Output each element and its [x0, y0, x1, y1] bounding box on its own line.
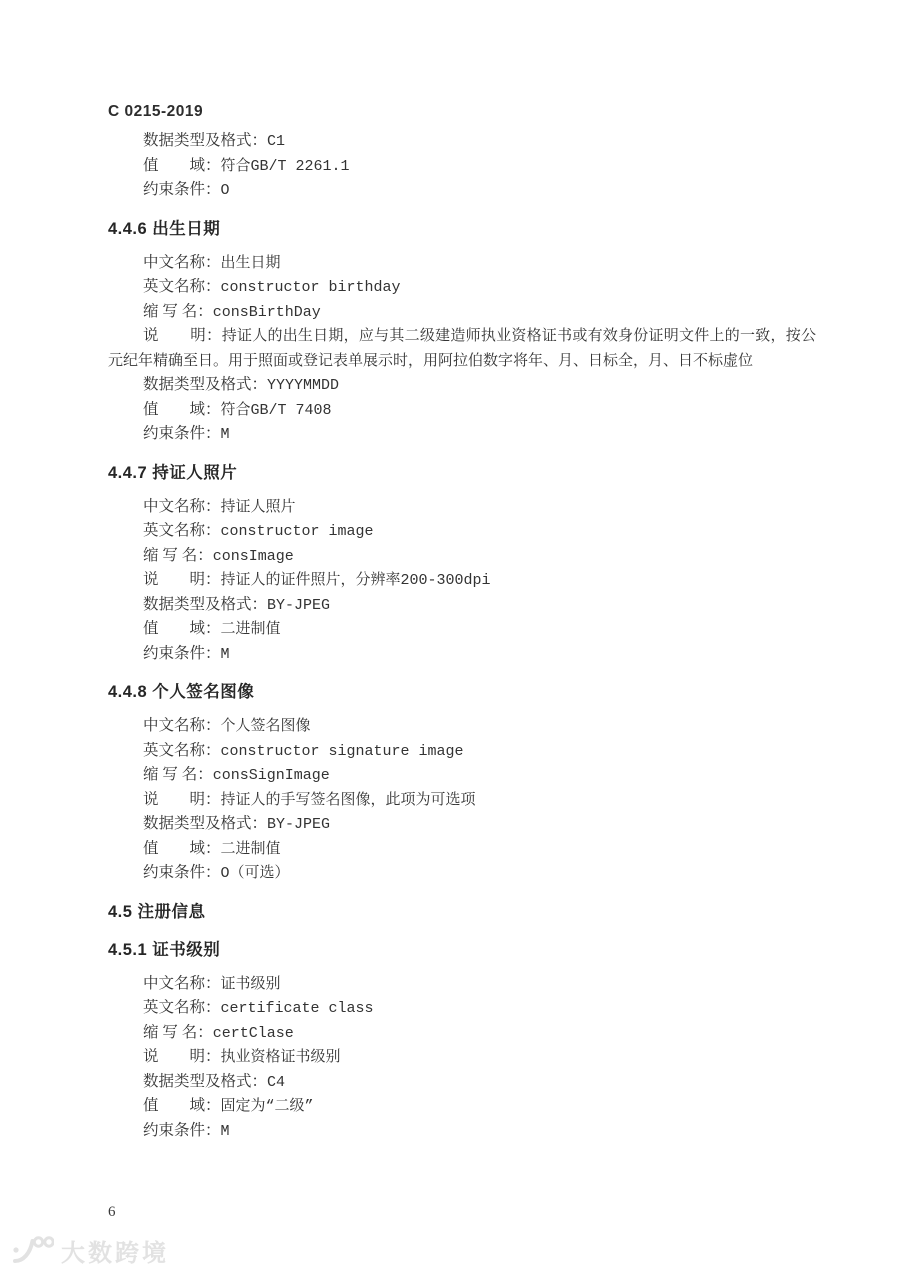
field-value: 出生日期	[221, 255, 281, 272]
field-row: 值 域：固定为“二级”	[108, 1094, 816, 1119]
field-label: 数据类型及格式：	[143, 596, 267, 613]
field-value: BY-JPEG	[267, 597, 330, 614]
field-row: 约束条件：M	[108, 1119, 816, 1144]
field-value: C1	[267, 133, 285, 150]
field-row: 中文名称：出生日期	[108, 251, 816, 276]
field-value: M	[221, 426, 230, 443]
field-value: 证书级别	[221, 976, 281, 993]
field-value: 持证人的证件照片，分辨率200-300dpi	[221, 572, 491, 589]
field-label: 说 明：	[143, 327, 222, 344]
field-row: 数据类型及格式：C1	[108, 129, 816, 154]
field-label: 数据类型及格式：	[143, 1073, 267, 1090]
field-label: 数据类型及格式：	[143, 132, 267, 149]
section-heading-4-4-8: 4.4.8 个人签名图像	[108, 680, 816, 704]
field-label: 中文名称：	[143, 498, 221, 515]
document-page: C 0215-2019 数据类型及格式：C1 值 域：符合GB/T 2261.1…	[0, 0, 900, 1273]
field-label: 说 明：	[143, 1048, 221, 1065]
field-value: 持证人照片	[221, 499, 296, 516]
field-row: 说 明：执业资格证书级别	[108, 1045, 816, 1070]
field-row: 英文名称：constructor signature image	[108, 739, 816, 764]
watermark: 大数跨境	[10, 1233, 169, 1268]
field-label: 英文名称：	[143, 278, 221, 295]
field-block-continuation: 数据类型及格式：C1 值 域：符合GB/T 2261.1 约束条件：O	[108, 129, 816, 203]
field-block-4-4-6: 中文名称：出生日期 英文名称：constructor birthday 缩 写 …	[108, 251, 816, 447]
field-row: 缩 写 名：consSignImage	[108, 763, 816, 788]
field-row: 说 明：持证人的证件照片，分辨率200-300dpi	[108, 568, 816, 593]
field-value: M	[221, 1123, 230, 1140]
field-label: 值 域：	[143, 401, 221, 418]
field-row: 说 明：持证人的手写签名图像，此项为可选项	[108, 788, 816, 813]
field-row: 约束条件：M	[108, 642, 816, 667]
field-row: 约束条件：M	[108, 422, 816, 447]
field-label: 缩 写 名：	[143, 547, 213, 564]
field-label: 英文名称：	[143, 999, 221, 1016]
field-row: 数据类型及格式：C4	[108, 1070, 816, 1095]
field-label: 数据类型及格式：	[143, 376, 267, 393]
section-heading-4-5: 4.5 注册信息	[108, 900, 816, 924]
field-label: 缩 写 名：	[143, 1024, 213, 1041]
field-row: 缩 写 名：consImage	[108, 544, 816, 569]
field-value: 个人签名图像	[221, 718, 311, 735]
field-value: 持证人的手写签名图像，此项为可选项	[221, 792, 476, 809]
field-label: 约束条件：	[143, 864, 221, 881]
field-value: consSignImage	[213, 767, 330, 784]
field-value: YYYYMMDD	[267, 377, 339, 394]
field-label: 值 域：	[143, 157, 221, 174]
field-row: 数据类型及格式：BY-JPEG	[108, 812, 816, 837]
field-label: 说 明：	[143, 791, 221, 808]
field-label: 数据类型及格式：	[143, 815, 267, 832]
field-value: constructor signature image	[221, 743, 464, 760]
watermark-text: 大数跨境	[61, 1233, 169, 1268]
field-label: 约束条件：	[143, 1122, 221, 1139]
watermark-logo-icon	[10, 1233, 54, 1268]
field-row: 数据类型及格式：BY-JPEG	[108, 593, 816, 618]
field-row: 英文名称：constructor birthday	[108, 275, 816, 300]
field-label: 约束条件：	[143, 425, 221, 442]
field-value: 执业资格证书级别	[221, 1049, 341, 1066]
field-row: 中文名称：个人签名图像	[108, 714, 816, 739]
field-value: constructor image	[221, 523, 374, 540]
field-block-4-4-7: 中文名称：持证人照片 英文名称：constructor image 缩 写 名：…	[108, 495, 816, 667]
field-label: 说 明：	[143, 571, 221, 588]
field-label: 约束条件：	[143, 645, 221, 662]
page-number: 6	[108, 1201, 816, 1223]
field-value: consImage	[213, 548, 294, 565]
field-label: 缩 写 名：	[143, 303, 213, 320]
field-value: certificate class	[221, 1000, 374, 1017]
field-label: 缩 写 名：	[143, 766, 213, 783]
field-label: 值 域：	[143, 840, 221, 857]
field-row: 缩 写 名：consBirthDay	[108, 300, 816, 325]
field-block-4-5-1: 中文名称：证书级别 英文名称：certificate class 缩 写 名：c…	[108, 972, 816, 1144]
field-value: O	[221, 182, 230, 199]
field-value: 二进制值	[221, 621, 281, 638]
field-row: 英文名称：certificate class	[108, 996, 816, 1021]
field-row: 说 明：持证人的出生日期，应与其二级建造师执业资格证书或有效身份证明文件上的一致…	[108, 324, 816, 373]
field-row: 英文名称：constructor image	[108, 519, 816, 544]
field-label: 中文名称：	[143, 975, 221, 992]
field-value: 固定为“二级”	[221, 1098, 314, 1115]
field-row: 约束条件：O	[108, 178, 816, 203]
field-label: 值 域：	[143, 1097, 221, 1114]
field-value: consBirthDay	[213, 304, 321, 321]
field-value: 二进制值	[221, 841, 281, 858]
field-value: 符合GB/T 7408	[221, 402, 332, 419]
field-value: BY-JPEG	[267, 816, 330, 833]
section-heading-4-4-7: 4.4.7 持证人照片	[108, 461, 816, 485]
field-row: 缩 写 名：certClase	[108, 1021, 816, 1046]
field-row: 值 域：符合GB/T 2261.1	[108, 154, 816, 179]
field-value: 符合GB/T 2261.1	[221, 158, 350, 175]
field-value: M	[221, 646, 230, 663]
field-label: 英文名称：	[143, 742, 221, 759]
section-heading-4-5-1: 4.5.1 证书级别	[108, 938, 816, 962]
field-value: O（可选）	[221, 865, 290, 882]
field-row: 中文名称：证书级别	[108, 972, 816, 997]
field-label: 值 域：	[143, 620, 221, 637]
field-row: 值 域：二进制值	[108, 617, 816, 642]
field-value: C4	[267, 1074, 285, 1091]
field-label: 英文名称：	[143, 522, 221, 539]
field-value: constructor birthday	[221, 279, 401, 296]
field-row: 值 域：二进制值	[108, 837, 816, 862]
field-row: 值 域：符合GB/T 7408	[108, 398, 816, 423]
field-value: certClase	[213, 1025, 294, 1042]
field-label: 中文名称：	[143, 717, 221, 734]
section-heading-4-4-6: 4.4.6 出生日期	[108, 217, 816, 241]
running-header-doc-code: C 0215-2019	[108, 101, 816, 123]
field-label: 约束条件：	[143, 181, 221, 198]
field-label: 中文名称：	[143, 254, 221, 271]
field-row: 数据类型及格式：YYYYMMDD	[108, 373, 816, 398]
field-row: 中文名称：持证人照片	[108, 495, 816, 520]
field-block-4-4-8: 中文名称：个人签名图像 英文名称：constructor signature i…	[108, 714, 816, 886]
field-row: 约束条件：O（可选）	[108, 861, 816, 886]
